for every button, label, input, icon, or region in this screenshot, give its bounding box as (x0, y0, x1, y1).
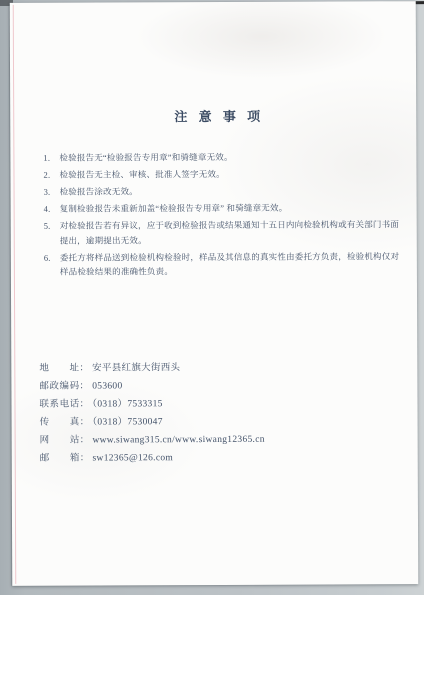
item-text: 委托方将样品送到检验机构检验时，样品及其信息的真实性由委托方负责，检验机构仅对样… (60, 251, 399, 277)
notice-list: 1. 检验报告无“检验报告专用章”和骑缝章无效。 2. 检验报告无主检、审核、批… (43, 149, 404, 282)
contact-value: sw12365@126.com (90, 453, 174, 463)
contact-value: （0318）7530047 (89, 417, 162, 427)
notice-item: 1. 检验报告无“检验报告专用章”和骑缝章无效。 (43, 149, 403, 165)
item-text: 检验报告涂改无效。 (60, 186, 138, 196)
contact-value: www.siwang315.cn/www.siwang12365.cn (89, 435, 264, 446)
contact-colon: ： (79, 382, 89, 392)
page-title: 注 意 事 项 (10, 105, 416, 126)
contact-label: 地址 (39, 360, 79, 378)
notice-item: 3. 检验报告涂改无效。 (44, 183, 404, 199)
contact-label: 邮箱 (40, 450, 80, 468)
contact-label: 网站 (40, 432, 80, 450)
contact-row-phone: 联系电话：（0318）7533315 (39, 395, 264, 414)
item-text: 复制检验报告未重新加盖“检验报告专用章” 和骑缝章无效。 (60, 203, 288, 214)
contact-colon: ： (79, 364, 89, 374)
contact-colon: ： (79, 400, 89, 410)
scan-background: 注 意 事 项 1. 检验报告无“检验报告专用章”和骑缝章无效。 2. 检验报告… (0, 0, 424, 595)
notice-item: 5. 对检验报告若有异议，应于收到检验报告或结果通知十五日内向检验机构或有关部门… (44, 217, 404, 248)
contact-colon: ： (80, 418, 90, 428)
item-number: 4. (44, 202, 51, 217)
contact-row-postcode: 邮政编码：053600 (39, 377, 264, 396)
contact-row-address: 地址：安平县红旗大街西头 (39, 359, 264, 378)
item-number: 1. (43, 151, 50, 166)
item-text: 检验报告无“检验报告专用章”和骑缝章无效。 (59, 152, 232, 163)
contact-value: 安平县红旗大街西头 (89, 363, 180, 373)
photo-lower-margin (0, 595, 424, 700)
item-text: 检验报告无主检、审核、批准人签字无效。 (59, 169, 224, 180)
item-text: 对检验报告若有异议，应于收到检验报告或结果通知十五日内向检验机构或有关部门书面提… (60, 219, 399, 245)
screenshot-canvas: 注 意 事 项 1. 检验报告无“检验报告专用章”和骑缝章无效。 2. 检验报告… (0, 0, 424, 700)
contact-colon: ： (80, 454, 90, 464)
notice-item: 6. 委托方将样品送到检验机构检验时，样品及其信息的真实性由委托方负责，检验机构… (44, 249, 404, 280)
contact-row-website: 网站：www.siwang315.cn/www.siwang12365.cn (40, 431, 265, 450)
paper: 注 意 事 项 1. 检验报告无“检验报告专用章”和骑缝章无效。 2. 检验报告… (10, 1, 419, 586)
item-number: 6. (44, 250, 51, 265)
contact-block: 地址：安平县红旗大街西头 邮政编码：053600 联系电话：（0318）7533… (39, 359, 265, 468)
contact-label: 传真 (40, 414, 80, 432)
notice-item: 2. 检验报告无主检、审核、批准人签字无效。 (43, 166, 403, 182)
contact-label: 联系电话 (39, 396, 79, 414)
item-number: 2. (43, 168, 50, 183)
item-number: 5. (44, 219, 51, 234)
binding-line (13, 5, 17, 584)
contact-row-fax: 传真：（0318）7530047 (40, 413, 265, 432)
contact-value: 053600 (89, 381, 122, 391)
contact-row-email: 邮箱：sw12365@126.com (40, 449, 265, 468)
contact-colon: ： (80, 436, 90, 446)
contact-value: （0318）7533315 (89, 399, 162, 409)
notice-item: 4. 复制检验报告未重新加盖“检验报告专用章” 和骑缝章无效。 (44, 200, 404, 216)
item-number: 3. (44, 185, 51, 200)
contact-label: 邮政编码 (39, 378, 79, 396)
